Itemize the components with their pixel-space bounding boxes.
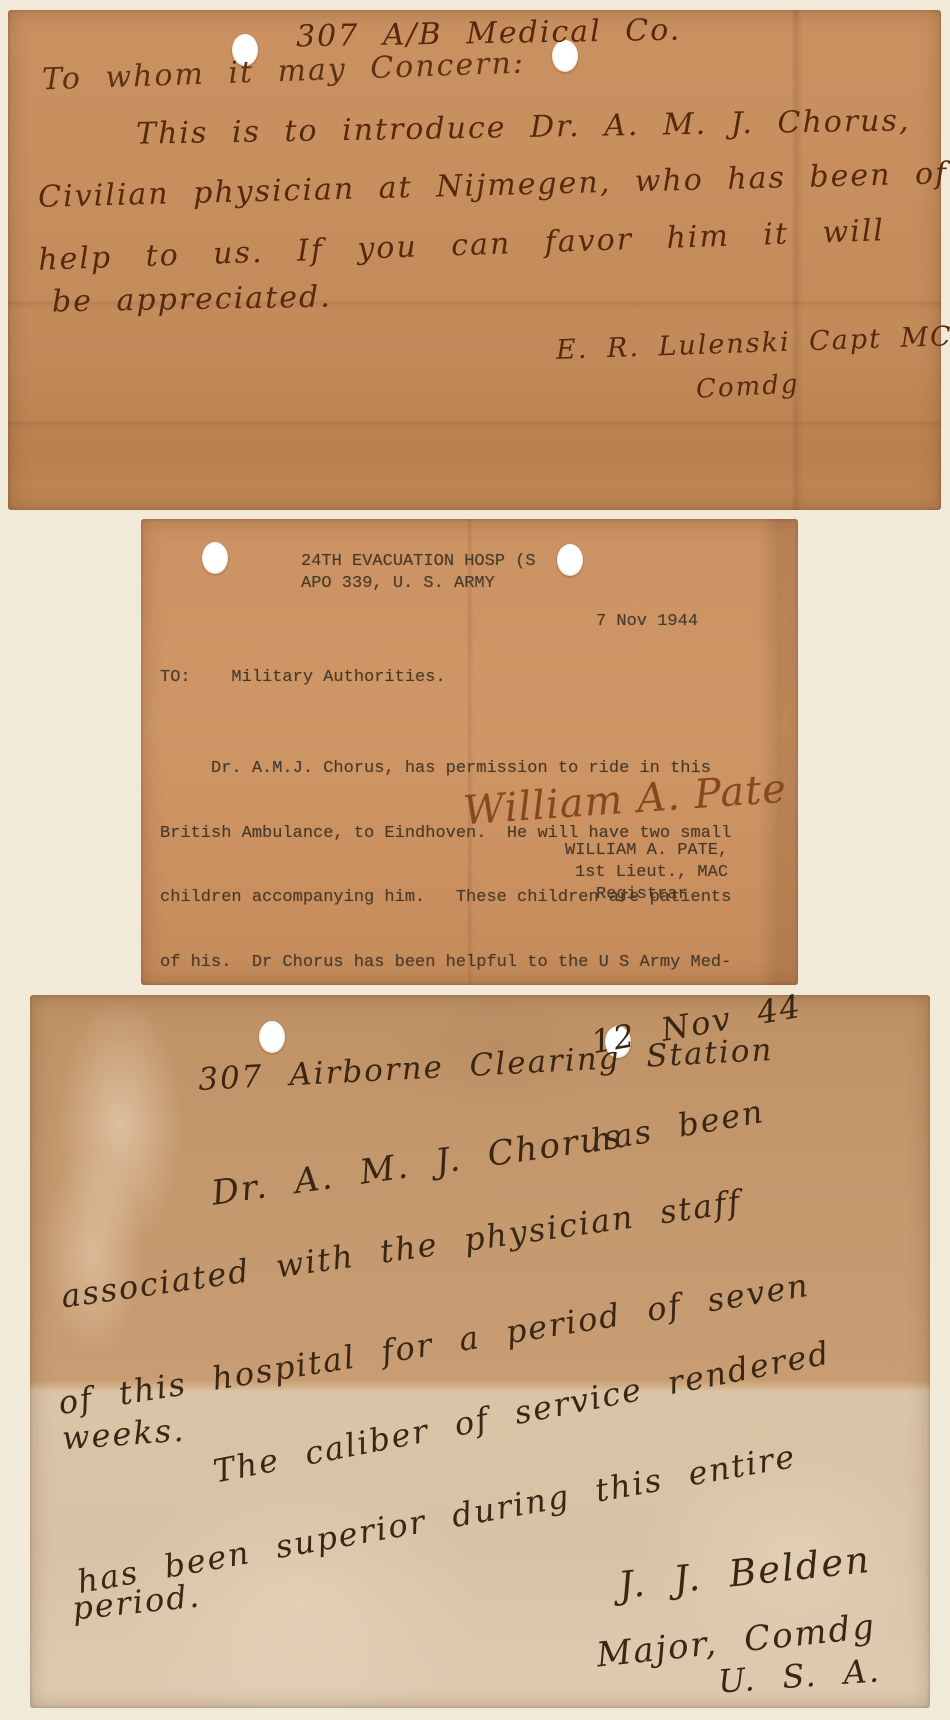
- letter1-salutation: To whom it may Concern:: [42, 46, 526, 98]
- letter2-body-line: of his. Dr Chorus has been helpful to th…: [160, 952, 731, 974]
- punch-hole: [259, 1021, 285, 1053]
- letter1-signature-title: Comdg: [695, 369, 800, 404]
- letter2-org-line2: APO 339, U. S. ARMY: [301, 574, 495, 593]
- letter2-signature-title: Registrar: [596, 885, 688, 904]
- letter-24th-evacuation-hosp: 24TH EVACUATION HOSP (S APO 339, U. S. A…: [141, 519, 798, 985]
- letter1-body-line: Civilian physician at Nijmegen, who has …: [38, 156, 949, 215]
- letter-307-ab-medical-co: 307 A/B Medical Co. To whom it may Conce…: [8, 10, 941, 510]
- letter2-org-line1: 24TH EVACUATION HOSP (S: [301, 552, 536, 571]
- letter2-to-line: TO: Military Authorities.: [160, 668, 446, 687]
- letter-307-airborne-clearing-station: 12 Nov 44 307 Airborne Clearing Station …: [30, 995, 930, 1708]
- punch-hole: [557, 544, 583, 576]
- letter1-body-line: This is to introduce Dr. A. M. J. Chorus…: [136, 103, 911, 152]
- letter1-body-line: help to us. If you can favor him it will: [38, 213, 886, 278]
- letter3-body-line: has been: [588, 1092, 767, 1160]
- letter3-body-line: Dr. A. M. J. Chorus: [209, 1116, 625, 1213]
- letter2-date: 7 Nov 1944: [596, 612, 698, 631]
- letter1-signature: E. R. Lulenski Capt MC: [556, 321, 950, 366]
- letter3-body-line: weeks.: [61, 1411, 187, 1458]
- letter1-body-line: be appreciated.: [52, 280, 332, 320]
- punch-hole: [202, 542, 228, 574]
- scanned-letters-page: 307 A/B Medical Co. To whom it may Conce…: [0, 0, 950, 1720]
- letter2-signature-name: WILLIAM A. PATE,: [565, 841, 728, 860]
- letter3-signature: J. J. Belden: [616, 1538, 872, 1607]
- letter2-signature-rank: 1st Lieut., MAC: [575, 863, 728, 882]
